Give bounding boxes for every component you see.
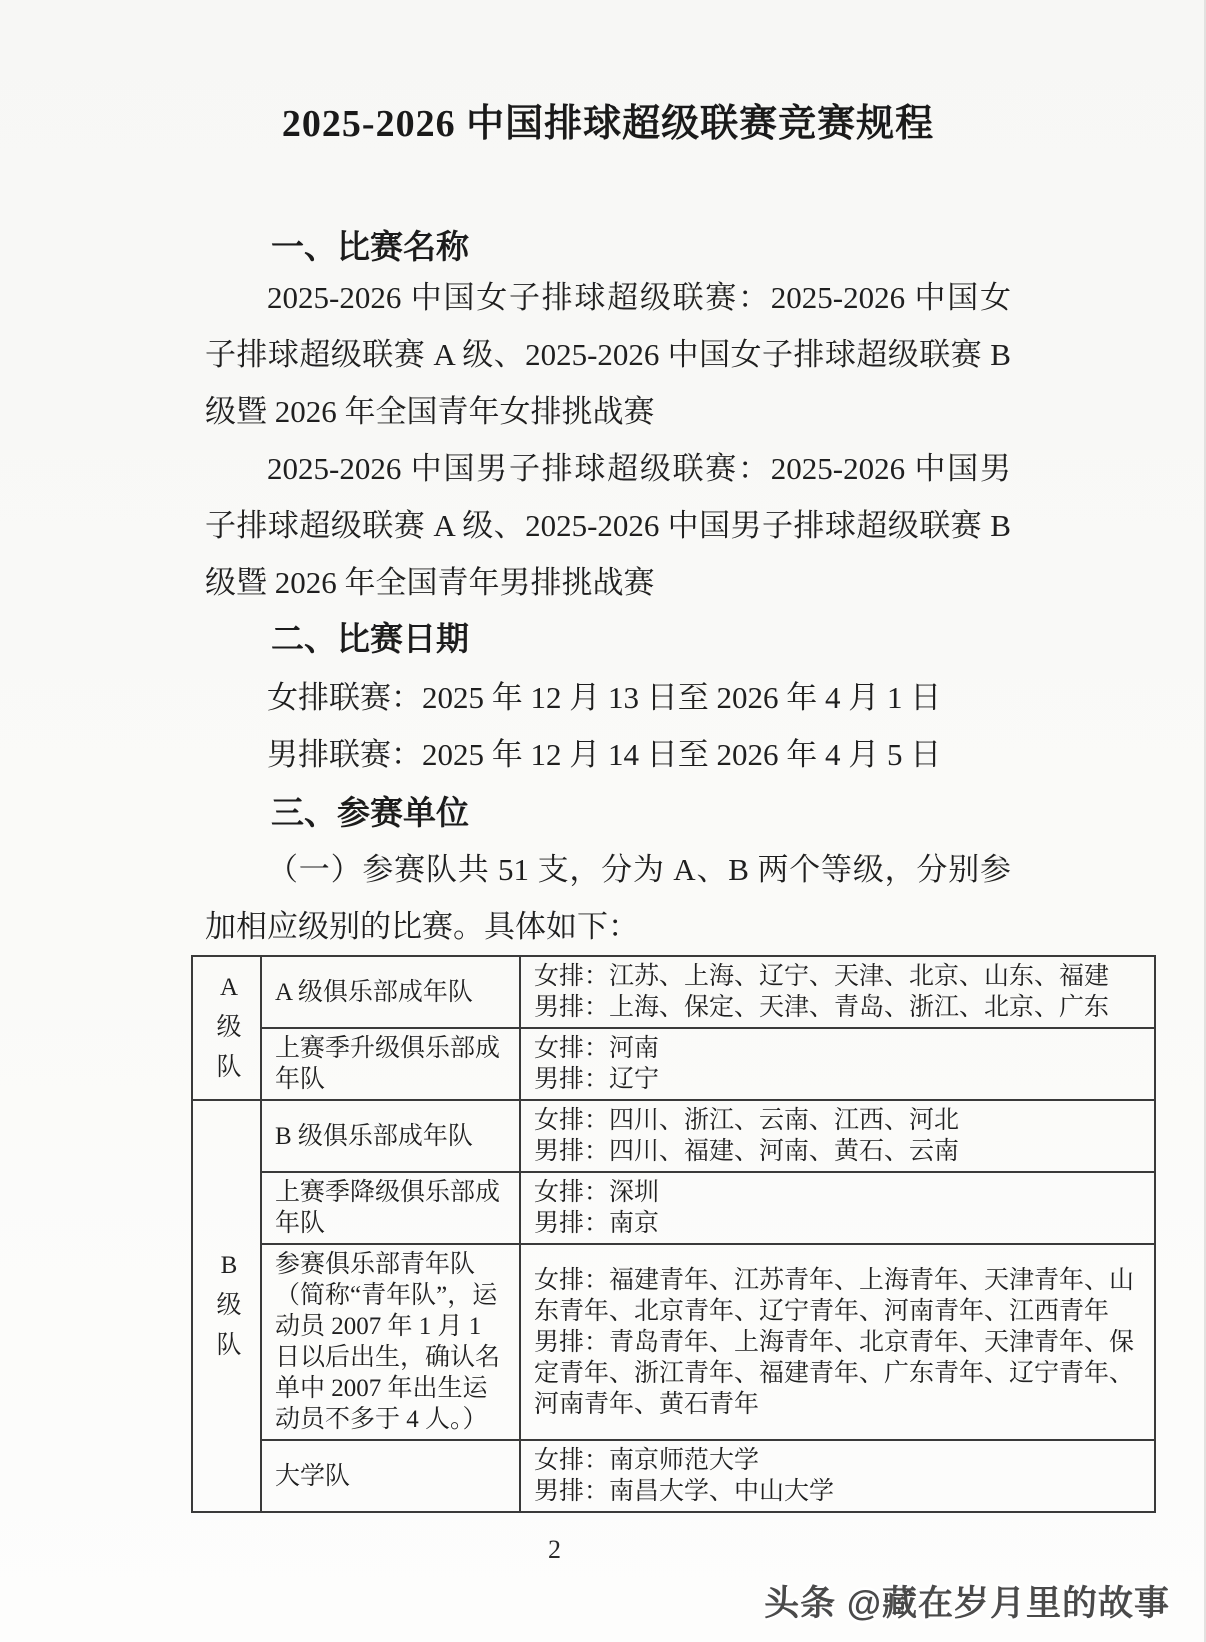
teams-cell: 女排：福建青年、江苏青年、上海青年、天津青年、山东青年、北京青年、辽宁青年、河南…	[520, 1244, 1155, 1440]
category-cell: 大学队	[261, 1440, 520, 1512]
level-label-b: B级队	[216, 1246, 243, 1366]
teams-women: 女排：深圳	[534, 1177, 1146, 1208]
teams-women: 女排：南京师范大学	[534, 1445, 1146, 1476]
teams-cell: 女排：江苏、上海、辽宁、天津、北京、山东、福建 男排：上海、保定、天津、青岛、浙…	[520, 956, 1155, 1028]
teams-women: 女排：江苏、上海、辽宁、天津、北京、山东、福建	[534, 961, 1146, 992]
level-label-a: A级队	[216, 968, 243, 1088]
teams-men: 男排：南京	[534, 1208, 1146, 1239]
paragraph-participants-intro: （一）参赛队共 51 支，分为 A、B 两个等级，分别参加相应级别的比赛。具体如…	[205, 841, 1011, 955]
table-row: B级队 B 级俱乐部成年队 女排：四川、浙江、云南、江西、河北 男排：四川、福建…	[192, 1100, 1155, 1172]
table-row: 大学队 女排：南京师范大学 男排：南昌大学、中山大学	[192, 1440, 1155, 1512]
teams-women: 女排：河南	[534, 1033, 1146, 1064]
teams-men: 男排：辽宁	[534, 1064, 1146, 1095]
paragraph-men-league: 2025-2026 中国男子排球超级联赛：2025-2026 中国男子排球超级联…	[205, 440, 1011, 611]
table-row: 参赛俱乐部青年队（简称“青年队”，运动员 2007 年 1 月 1 日以后出生，…	[192, 1244, 1155, 1440]
document-title: 2025-2026 中国排球超级联赛竞赛规程	[205, 100, 1011, 148]
category-cell: B 级俱乐部成年队	[261, 1100, 520, 1172]
teams-women: 女排：福建青年、江苏青年、上海青年、天津青年、山东青年、北京青年、辽宁青年、河南…	[534, 1265, 1146, 1327]
section-heading-competition-dates: 二、比赛日期	[205, 617, 1011, 661]
teams-men: 男排：南昌大学、中山大学	[534, 1476, 1146, 1507]
table-row: A级队 A 级俱乐部成年队 女排：江苏、上海、辽宁、天津、北京、山东、福建 男排…	[192, 956, 1155, 1028]
category-cell: A 级俱乐部成年队	[261, 956, 520, 1028]
date-line-men: 男排联赛：2025 年 12 月 14 日至 2026 年 4 月 5 日	[205, 726, 1011, 783]
category-cell: 上赛季降级俱乐部成年队	[261, 1172, 520, 1244]
section-heading-participants: 三、参赛单位	[205, 791, 1011, 835]
watermark: 头条 @藏在岁月里的故事	[764, 1576, 1170, 1626]
document-page: 2025-2026 中国排球超级联赛竞赛规程 一、比赛名称 2025-2026 …	[0, 0, 1206, 1642]
teams-cell: 女排：四川、浙江、云南、江西、河北 男排：四川、福建、河南、黄石、云南	[520, 1100, 1155, 1172]
teams-cell: 女排：深圳 男排：南京	[520, 1172, 1155, 1244]
teams-men: 男排：四川、福建、河南、黄石、云南	[534, 1136, 1146, 1167]
teams-men: 男排：青岛青年、上海青年、北京青年、天津青年、保定青年、浙江青年、福建青年、广东…	[534, 1327, 1146, 1420]
date-line-women: 女排联赛：2025 年 12 月 13 日至 2026 年 4 月 1 日	[205, 669, 1011, 726]
paragraph-women-league: 2025-2026 中国女子排球超级联赛：2025-2026 中国女子排球超级联…	[205, 269, 1011, 440]
teams-cell: 女排：河南 男排：辽宁	[520, 1028, 1155, 1100]
page-number: 2	[548, 1535, 561, 1565]
section-heading-competition-name: 一、比赛名称	[205, 225, 1011, 269]
category-cell: 上赛季升级俱乐部成年队	[261, 1028, 520, 1100]
teams-men: 男排：上海、保定、天津、青岛、浙江、北京、广东	[534, 992, 1146, 1023]
participants-table: A级队 A 级俱乐部成年队 女排：江苏、上海、辽宁、天津、北京、山东、福建 男排…	[191, 955, 1156, 1513]
teams-cell: 女排：南京师范大学 男排：南昌大学、中山大学	[520, 1440, 1155, 1512]
document-content: 2025-2026 中国排球超级联赛竞赛规程 一、比赛名称 2025-2026 …	[205, 100, 1011, 1513]
table-row: 上赛季降级俱乐部成年队 女排：深圳 男排：南京	[192, 1172, 1155, 1244]
category-cell: 参赛俱乐部青年队（简称“青年队”，运动员 2007 年 1 月 1 日以后出生，…	[261, 1244, 520, 1440]
level-cell-b: B级队	[192, 1100, 261, 1512]
level-cell-a: A级队	[192, 956, 261, 1100]
teams-women: 女排：四川、浙江、云南、江西、河北	[534, 1105, 1146, 1136]
table-row: 上赛季升级俱乐部成年队 女排：河南 男排：辽宁	[192, 1028, 1155, 1100]
